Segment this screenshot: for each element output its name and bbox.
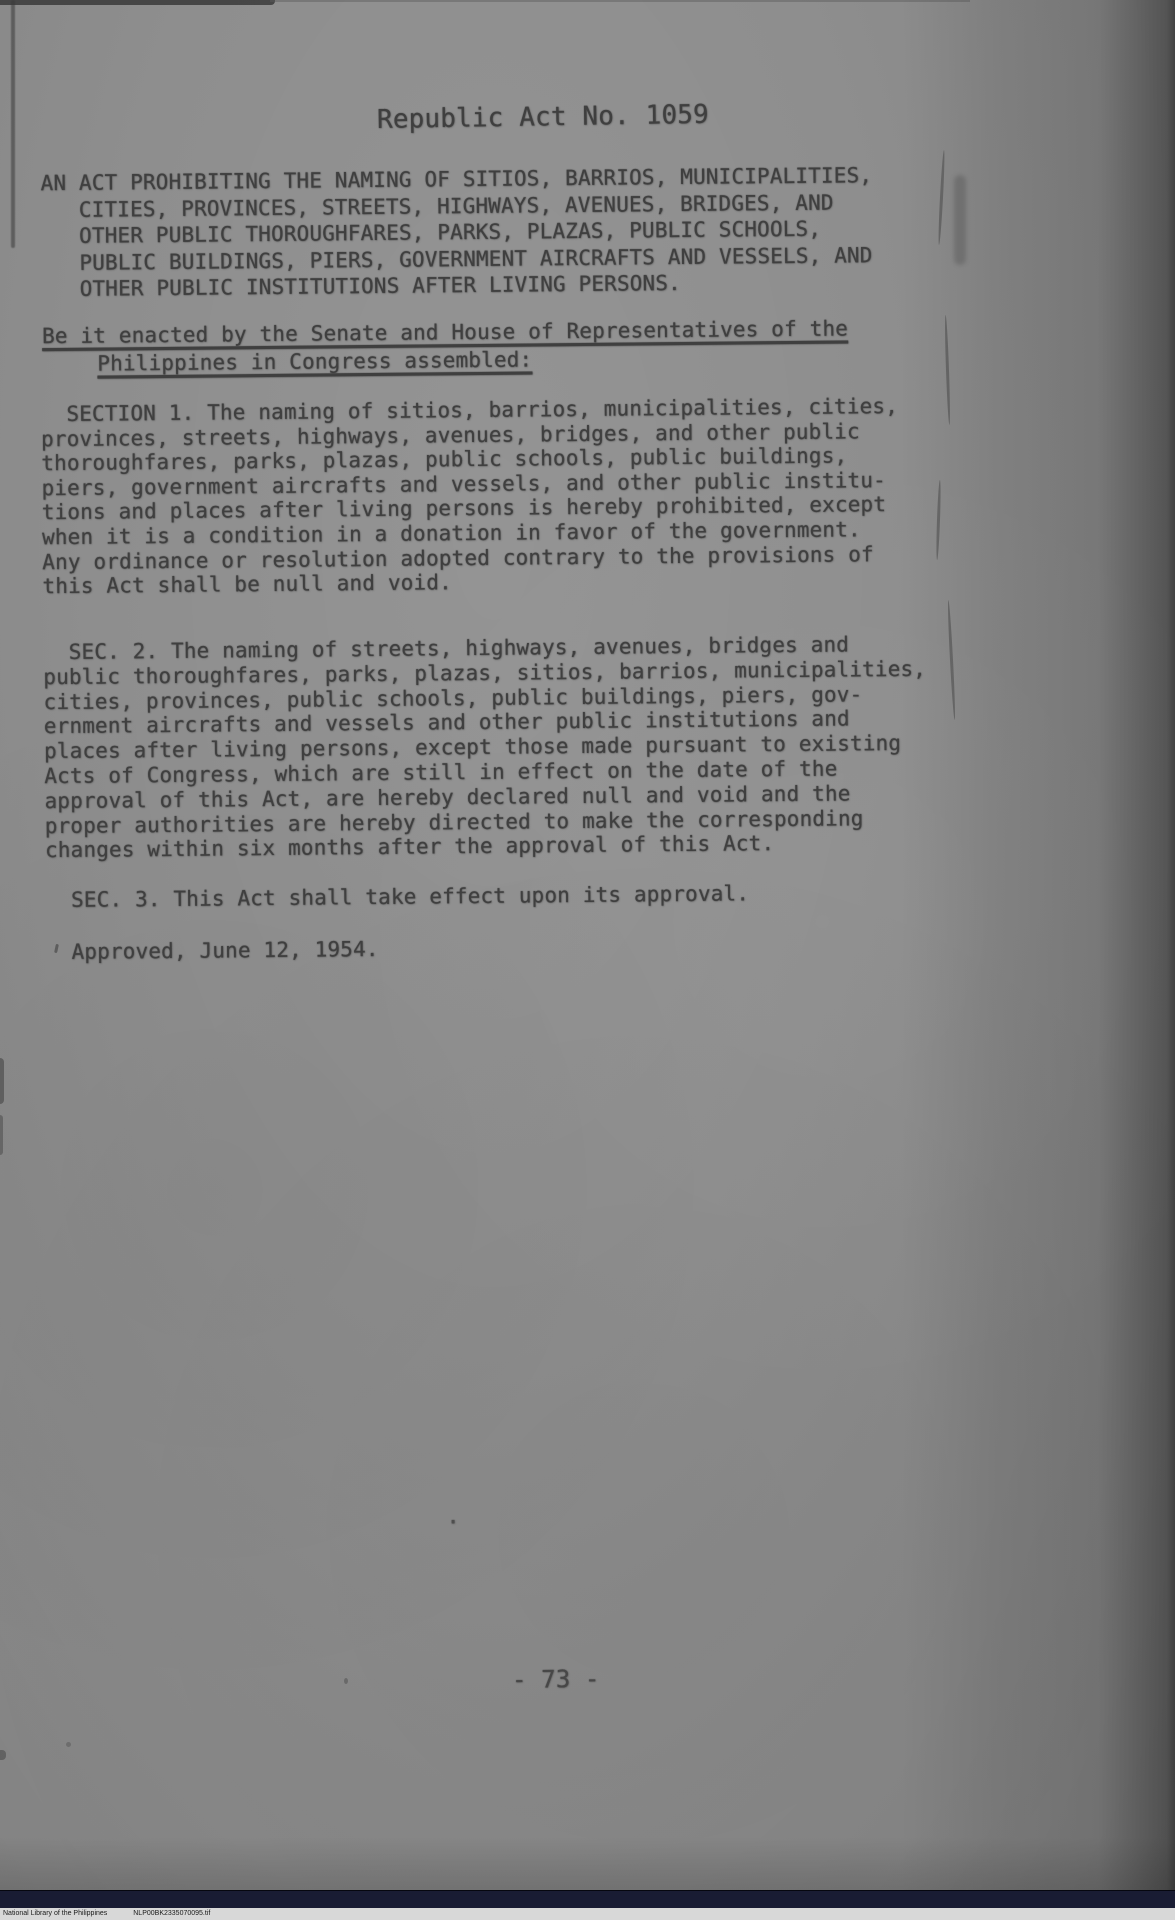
section-1: SECTION 1. The naming of sitios, barrios… [41, 394, 900, 599]
footer-caption: National Library of the Philippines NLP0… [0, 1908, 1175, 1920]
footer-library-name: National Library of the Philippines [3, 1910, 107, 1917]
scanned-page: Republic Act No. 1059 AN ACT PROHIBITING… [0, 0, 1175, 1920]
footer-file-name: NLP00BK2335070095.tif [133, 1910, 210, 1917]
section-2: SEC. 2. The naming of streets, highways,… [43, 632, 928, 864]
text-line: Philippines in Congress assembled: [97, 342, 848, 377]
scan-artifact-speck [0, 1750, 6, 1760]
approved-line: Approved, June 12, 1954. [46, 937, 379, 964]
typed-content: Republic Act No. 1059 AN ACT PROHIBITING… [0, 0, 1175, 1920]
document-title: Republic Act No. 1059 [377, 100, 709, 135]
page-number: - 73 - [512, 1665, 600, 1694]
footer-bar [0, 1890, 1175, 1909]
scan-artifact-left-mark [0, 1058, 4, 1104]
enacting-clause: Be it enacted by the Senate and House of… [42, 314, 848, 378]
scan-artifact-left-mark [0, 1115, 3, 1155]
stray-ink-mark: . [446, 1504, 460, 1529]
section-3: SEC. 3. This Act shall take effect upon … [45, 881, 749, 912]
act-caption: AN ACT PROHIBITING THE NAMING OF SITIOS,… [40, 162, 873, 302]
